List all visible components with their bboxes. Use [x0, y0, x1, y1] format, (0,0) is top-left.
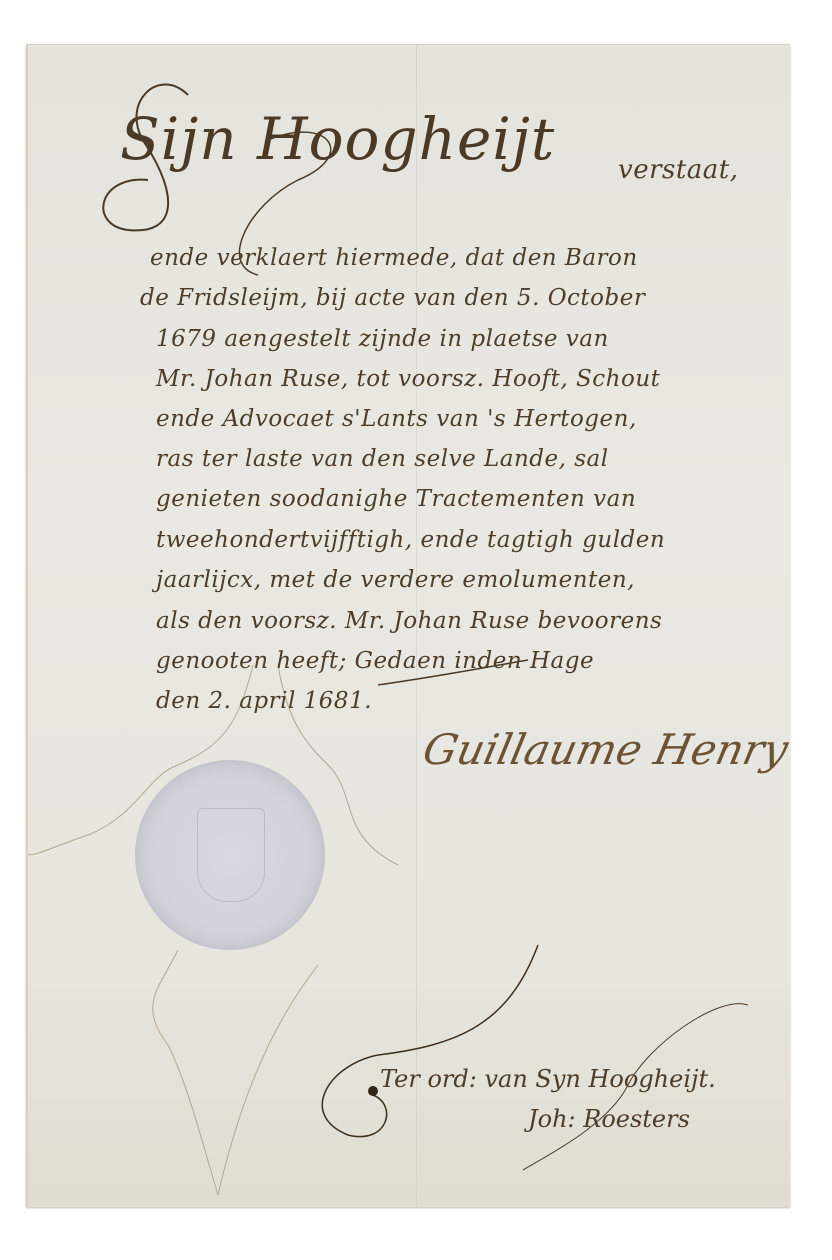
body-line: tweehondertvijfftigh, ende tagtigh gulde… — [156, 527, 665, 553]
heading-tail: verstaat, — [618, 155, 739, 185]
seal-shield-icon — [197, 808, 265, 902]
body-line: als den voorsz. Mr. Johan Ruse bevoorens — [156, 608, 662, 634]
document-sheet: Sijn Hoogheijt verstaat, ende verklaert … — [26, 44, 790, 1207]
body-line: ras ter laste van den selve Lande, sal — [156, 446, 609, 472]
countersign-line-2: Joh: Roesters — [528, 1105, 690, 1133]
body-line: 1679 aengestelt zijnde in plaetse van — [156, 326, 609, 352]
body-line: jaarlijcx, met de verdere emolumenten, — [156, 567, 635, 593]
seal-area — [38, 645, 438, 1075]
body-line: ende Advocaet s'Lants van 's Hertogen, — [156, 406, 637, 432]
signature: Guillaume Henry — [419, 725, 793, 774]
body-line: genieten soodanighe Tractementen van — [156, 486, 636, 512]
body-line: ende verklaert hiermede, dat den Baron — [150, 245, 638, 271]
body-line: de Fridsleijm, bij acte van den 5. Octob… — [140, 285, 645, 311]
body-line: Mr. Johan Ruse, tot voorsz. Hooft, Schou… — [156, 366, 660, 392]
countersign-line-1: Ter ord: van Syn Hoogheijt. — [380, 1065, 716, 1093]
heading: Sijn Hoogheijt — [120, 105, 555, 173]
wax-seal — [135, 760, 325, 950]
